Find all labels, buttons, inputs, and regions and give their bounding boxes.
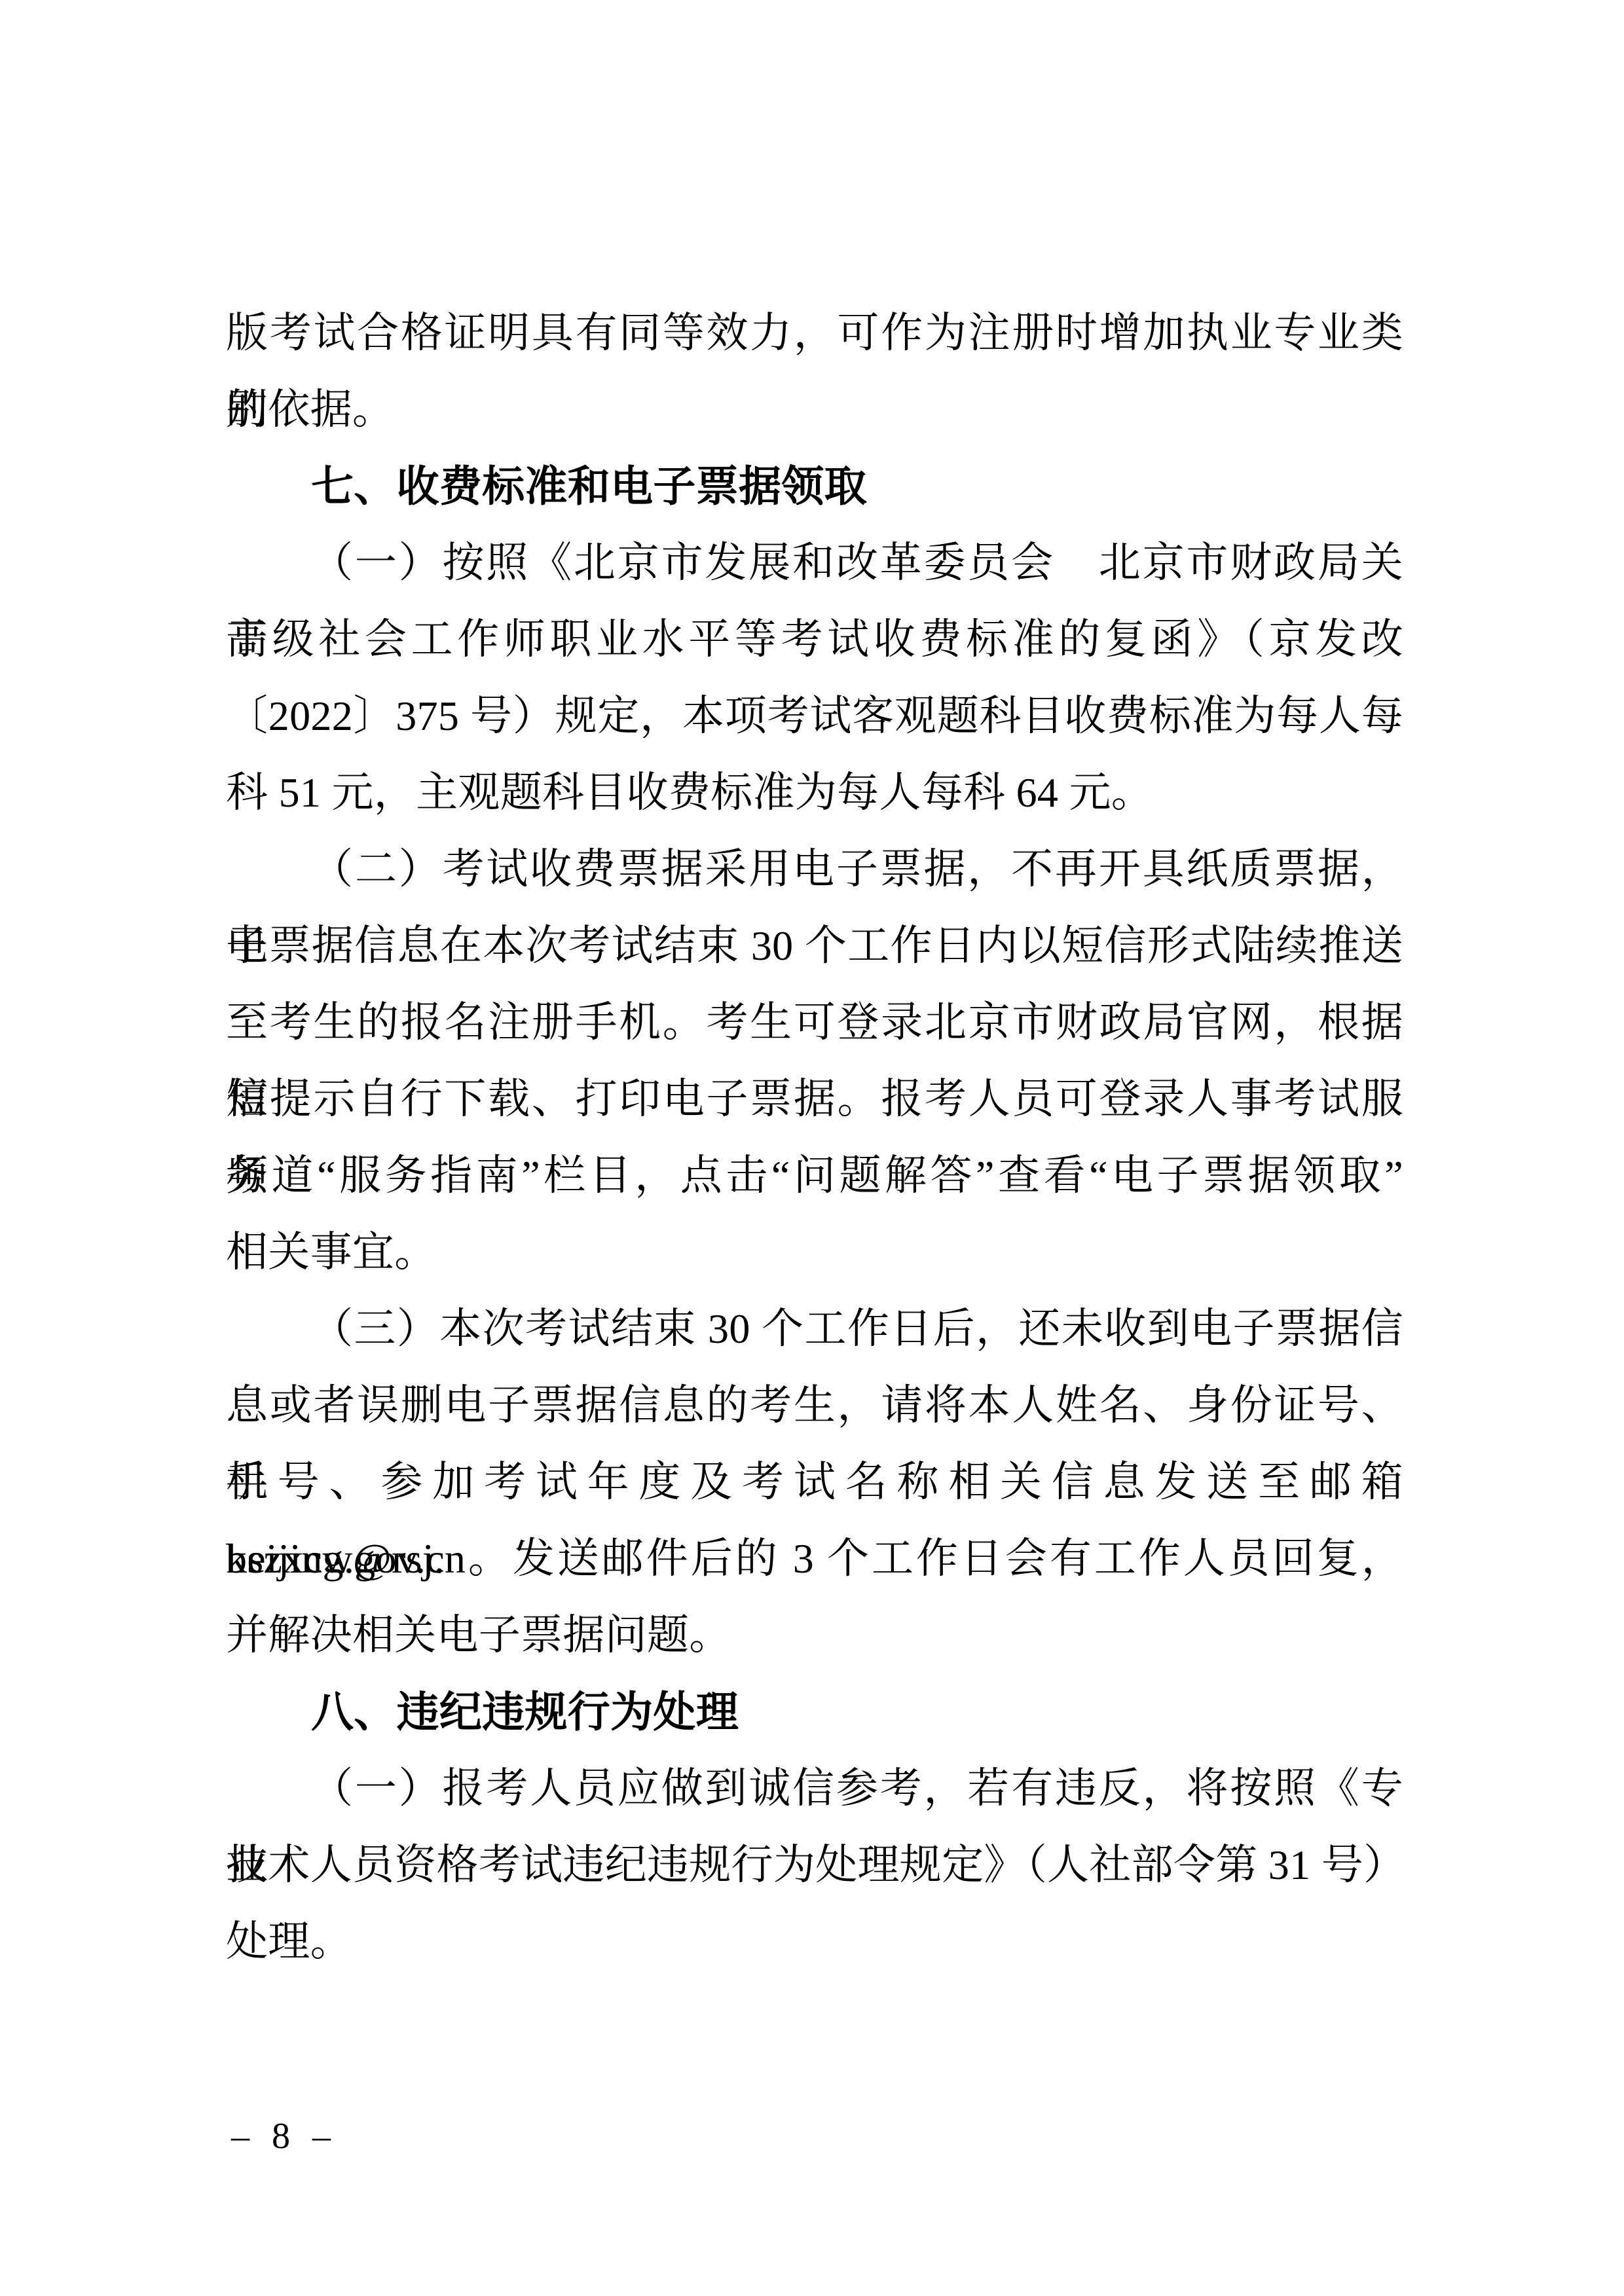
text-line: 技术人员资格考试违纪违规行为处理规定》（人社部令第 31 号） [226, 1827, 1403, 1903]
text-line: （二）考试收费票据采用电子票据，不再开具纸质票据，电 [226, 831, 1403, 907]
text-line: 子票据信息在本次考试结束 30 个工作日内以短信形式陆续推送 [226, 907, 1403, 984]
text-line: 的依据。 [226, 371, 1403, 448]
text-line: 息或者误删电子票据信息的考生，请将本人姓名、身份证号、手 [226, 1367, 1403, 1444]
text-line: （一）按照《北京市发展和改革委员会 北京市财政局关于 [226, 524, 1403, 601]
document-body: 版考试合格证明具有同等效力，可作为注册时增加执业专业类别的依据。七、收费标准和电… [226, 295, 1403, 1980]
text-line: 版考试合格证明具有同等效力，可作为注册时增加执业专业类别 [226, 295, 1403, 371]
text-line: 机号、参加考试年度及考试名称相关信息发送至邮箱 kszxcw@rsj. [226, 1444, 1403, 1520]
section-heading: 七、收费标准和电子票据领取 [226, 448, 1403, 524]
page-number: – 8 – [231, 2116, 331, 2157]
text-line: （三）本次考试结束 30 个工作日后，还未收到电子票据信 [226, 1290, 1403, 1367]
text-line: 信提示自行下载、打印电子票据。报考人员可登录人事考试服务 [226, 1061, 1403, 1137]
text-line: 相关事宜。 [226, 1214, 1403, 1290]
text-line: 高级社会工作师职业水平等考试收费标准的复函》（京发改 [226, 601, 1403, 678]
page-footer: – 8 – [231, 2113, 331, 2159]
text-line: 〔2022〕375 号）规定，本项考试客观题科目收费标准为每人每 [226, 678, 1403, 754]
text-line: 频道“服务指南”栏目，点击“问题解答”查看“电子票据领取” [226, 1137, 1403, 1214]
text-line: 至考生的报名注册手机。考生可登录北京市财政局官网，根据短 [226, 984, 1403, 1061]
section-heading: 八、违纪违规行为处理 [226, 1673, 1403, 1750]
text-line: 处理。 [226, 1903, 1403, 1980]
text-line: 科 51 元，主观题科目收费标准为每人每科 64 元。 [226, 754, 1403, 831]
text-line: （一）报考人员应做到诚信参考，若有违反，将按照《专业 [226, 1750, 1403, 1827]
text-line: 并解决相关电子票据问题。 [226, 1597, 1403, 1673]
document-page: 版考试合格证明具有同等效力，可作为注册时增加执业专业类别的依据。七、收费标准和电… [0, 0, 1624, 2296]
text-line: beijing.gov.cn。发送邮件后的 3 个工作日会有工作人员回复， [226, 1520, 1403, 1597]
